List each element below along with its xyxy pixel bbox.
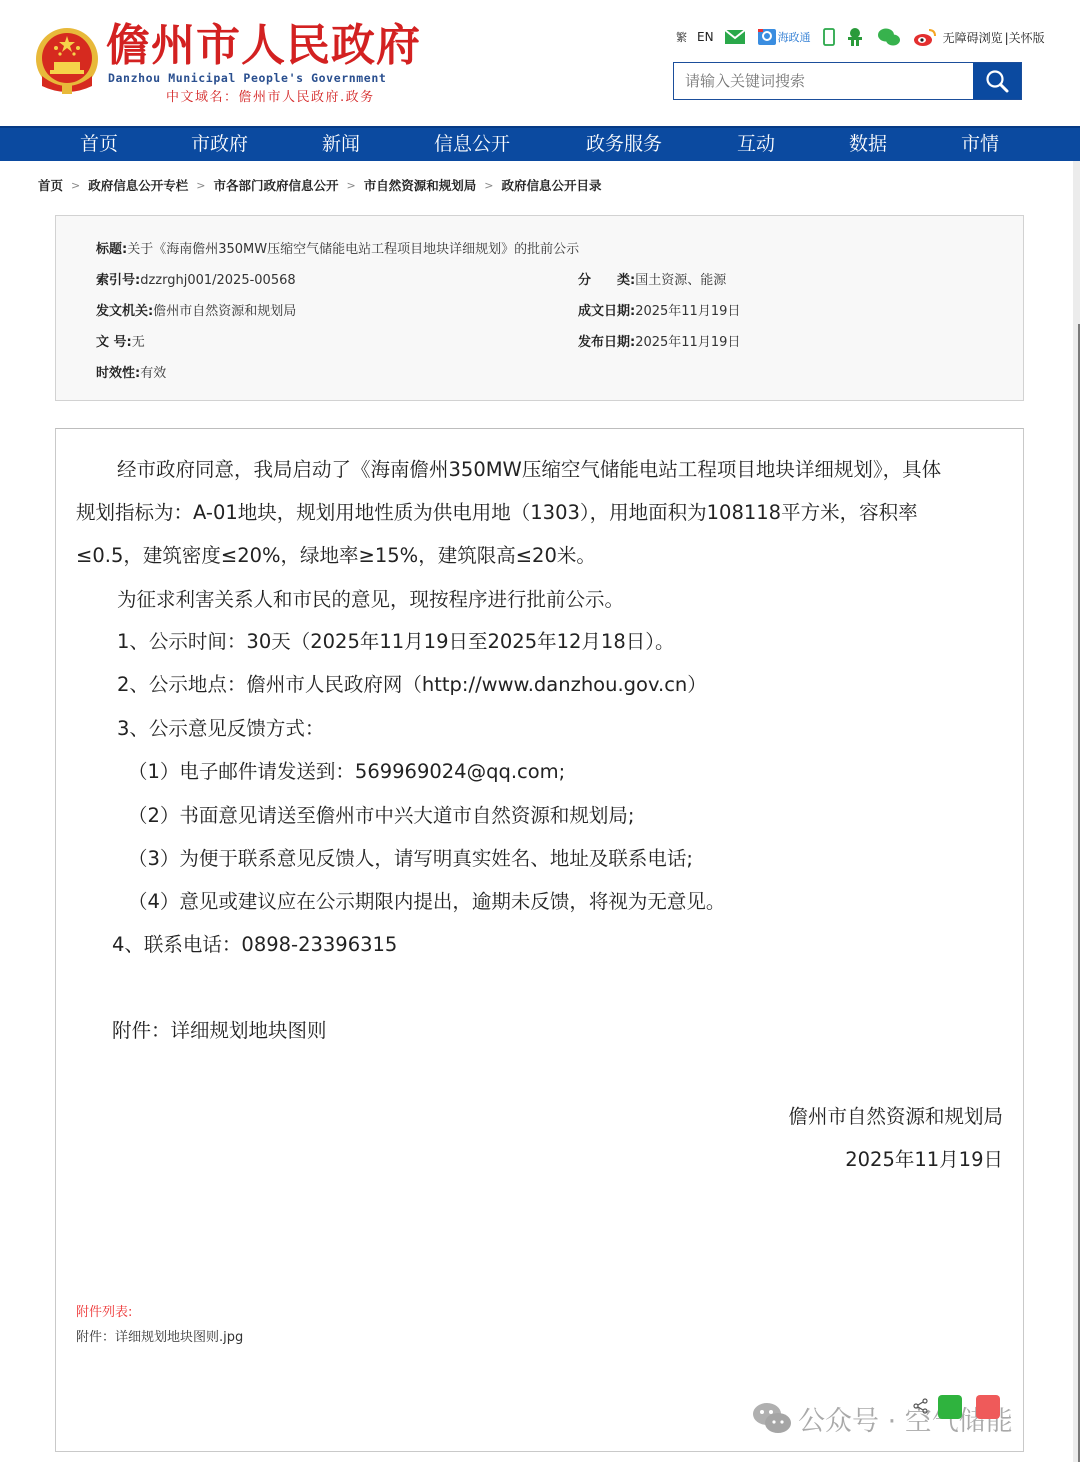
wechat-official-account-watermark: 公众号 · 空气储能	[752, 1398, 1013, 1438]
attachment-link[interactable]: 附件：详细规划地块图则.jpg	[76, 1326, 243, 1345]
meta-category: 分 类:国土资源、能源	[578, 269, 726, 288]
nav-item-city-government[interactable]: 市政府	[191, 128, 248, 161]
nav-item-data[interactable]: 数据	[849, 128, 887, 161]
breadcrumb-separator: >	[71, 179, 80, 192]
item-notice-location: 2、公示地点：儋州市人民政府网（http://www.danzhou.gov.c…	[117, 671, 707, 699]
paragraph-intro-line1: 经市政府同意，我局启动了《海南儋州350MW压缩空气储能电站工程项目地块详细规划…	[117, 456, 941, 484]
nav-item-news[interactable]: 新闻	[322, 128, 360, 161]
signature-organization: 儋州市自然资源和规划局	[788, 1103, 1003, 1131]
breadcrumb-gov-info-column[interactable]: 政府信息公开专栏	[88, 176, 188, 194]
traditional-chinese-link[interactable]: 繁	[676, 29, 687, 45]
sub-item-deadline: （4）意见或建议应在公示期限内提出，逾期未反馈，将视为无意见。	[128, 888, 725, 916]
search-icon	[984, 68, 1010, 94]
wechat-logo-icon	[752, 1401, 792, 1435]
haizhengtong-icon	[758, 29, 776, 45]
sub-item-email: （1）电子邮件请发送到：569969024@qq.com;	[128, 758, 565, 786]
haizhengtong-link[interactable]: 海政通	[758, 29, 811, 45]
breadcrumb-separator: >	[196, 179, 205, 192]
wechat-icon[interactable]	[877, 27, 901, 47]
attachment-note: 附件：详细规划地块图则	[112, 1017, 327, 1045]
item-notice-period: 1、公示时间：30天（2025年11月19日至2025年12月18日）。	[117, 628, 674, 656]
nav-item-home[interactable]: 首页	[80, 128, 118, 161]
breadcrumb-separator: >	[346, 179, 355, 192]
breadcrumb-info-catalog[interactable]: 政府信息公开目录	[501, 176, 601, 194]
nav-item-city-overview[interactable]: 市情	[961, 128, 999, 161]
domain-name-line: 中文域名：儋州市人民政府.政务	[166, 86, 375, 105]
meta-created-date: 成文日期:2025年11月19日	[578, 300, 740, 319]
breadcrumb-natural-resources-bureau[interactable]: 市自然资源和规划局	[364, 176, 477, 194]
document-metadata: 标题:关于《海南儋州350MW压缩空气储能电站工程项目地块详细规划》的批前公示 …	[55, 215, 1024, 401]
paragraph-intro-line3: ≤0.5，建筑密度≤20%，绿地率≥15%，建筑限高≤20米。	[76, 542, 596, 570]
breadcrumb-departments-info[interactable]: 市各部门政府信息公开	[213, 176, 338, 194]
meta-issuer: 发文机关:儋州市自然资源和规划局	[96, 300, 296, 319]
accessibility-link[interactable]: 无障碍浏览	[943, 29, 1003, 46]
sub-item-written: （2）书面意见请送至儋州市中兴大道市自然资源和规划局;	[128, 802, 634, 830]
share-icon[interactable]	[913, 1398, 929, 1414]
search-button[interactable]	[973, 63, 1021, 99]
meta-title: 标题:关于《海南儋州350MW压缩空气储能电站工程项目地块详细规划》的批前公示	[96, 238, 579, 257]
attachments-list-title: 附件列表:	[76, 1301, 132, 1320]
national-emblem-icon	[34, 26, 100, 96]
nav-item-interaction[interactable]: 互动	[737, 128, 775, 161]
paragraph-intro-line2: 规划指标为：A-01地块，规划用地性质为供电用地（1303），用地面积为1081…	[76, 499, 918, 527]
breadcrumb-home[interactable]: 首页	[38, 176, 63, 194]
meta-index-number: 索引号:dzzrghj001/2025-00568	[96, 269, 296, 288]
meta-published-date: 发布日期:2025年11月19日	[578, 331, 740, 350]
search-bar	[673, 62, 1022, 100]
item-contact-phone: 4、联系电话：0898-23396315	[112, 931, 397, 959]
signature-date: 2025年11月19日	[845, 1146, 1003, 1174]
weibo-icon[interactable]	[913, 27, 937, 47]
breadcrumb: 首页 > 政府信息公开专栏 > 市各部门政府信息公开 > 市自然资源和规划局 >…	[38, 176, 601, 194]
site-title-en: Danzhou Municipal People's Government	[108, 71, 386, 85]
english-link[interactable]: EN	[697, 30, 714, 44]
meta-document-number: 文 号:无	[96, 331, 145, 350]
site-header: 儋州市人民政府 Danzhou Municipal People's Gover…	[0, 0, 1080, 126]
mail-icon[interactable]	[724, 29, 746, 45]
nav-item-info-disclosure[interactable]: 信息公开	[434, 128, 510, 161]
share-weibo-icon[interactable]	[976, 1395, 1000, 1419]
sub-item-contact-info: （3）为便于联系意见反馈人，请写明真实姓名、地址及联系电话;	[128, 845, 693, 873]
site-title: 儋州市人民政府	[106, 20, 421, 72]
paragraph-purpose: 为征求利害关系人和市民的意见，现按程序进行批前公示。	[117, 586, 624, 614]
nav-item-government-services[interactable]: 政务服务	[586, 128, 662, 161]
article-body: 经市政府同意，我局启动了《海南儋州350MW压缩空气储能电站工程项目地块详细规划…	[55, 428, 1024, 1452]
mini-program-icon[interactable]	[845, 27, 865, 47]
share-wechat-icon[interactable]	[938, 1395, 962, 1419]
item-feedback-methods: 3、公示意见反馈方式：	[117, 715, 324, 743]
breadcrumb-separator: >	[484, 179, 493, 192]
meta-validity: 时效性:有效	[96, 362, 166, 381]
main-nav: 首页 市政府 新闻 信息公开 政务服务 互动 数据 市情	[0, 126, 1080, 161]
care-mode-link[interactable]: |关怀版	[1005, 29, 1045, 46]
search-input[interactable]	[674, 63, 973, 99]
header-toolbar: 繁 EN 海政通	[676, 26, 1045, 48]
mobile-phone-icon[interactable]	[823, 28, 835, 46]
